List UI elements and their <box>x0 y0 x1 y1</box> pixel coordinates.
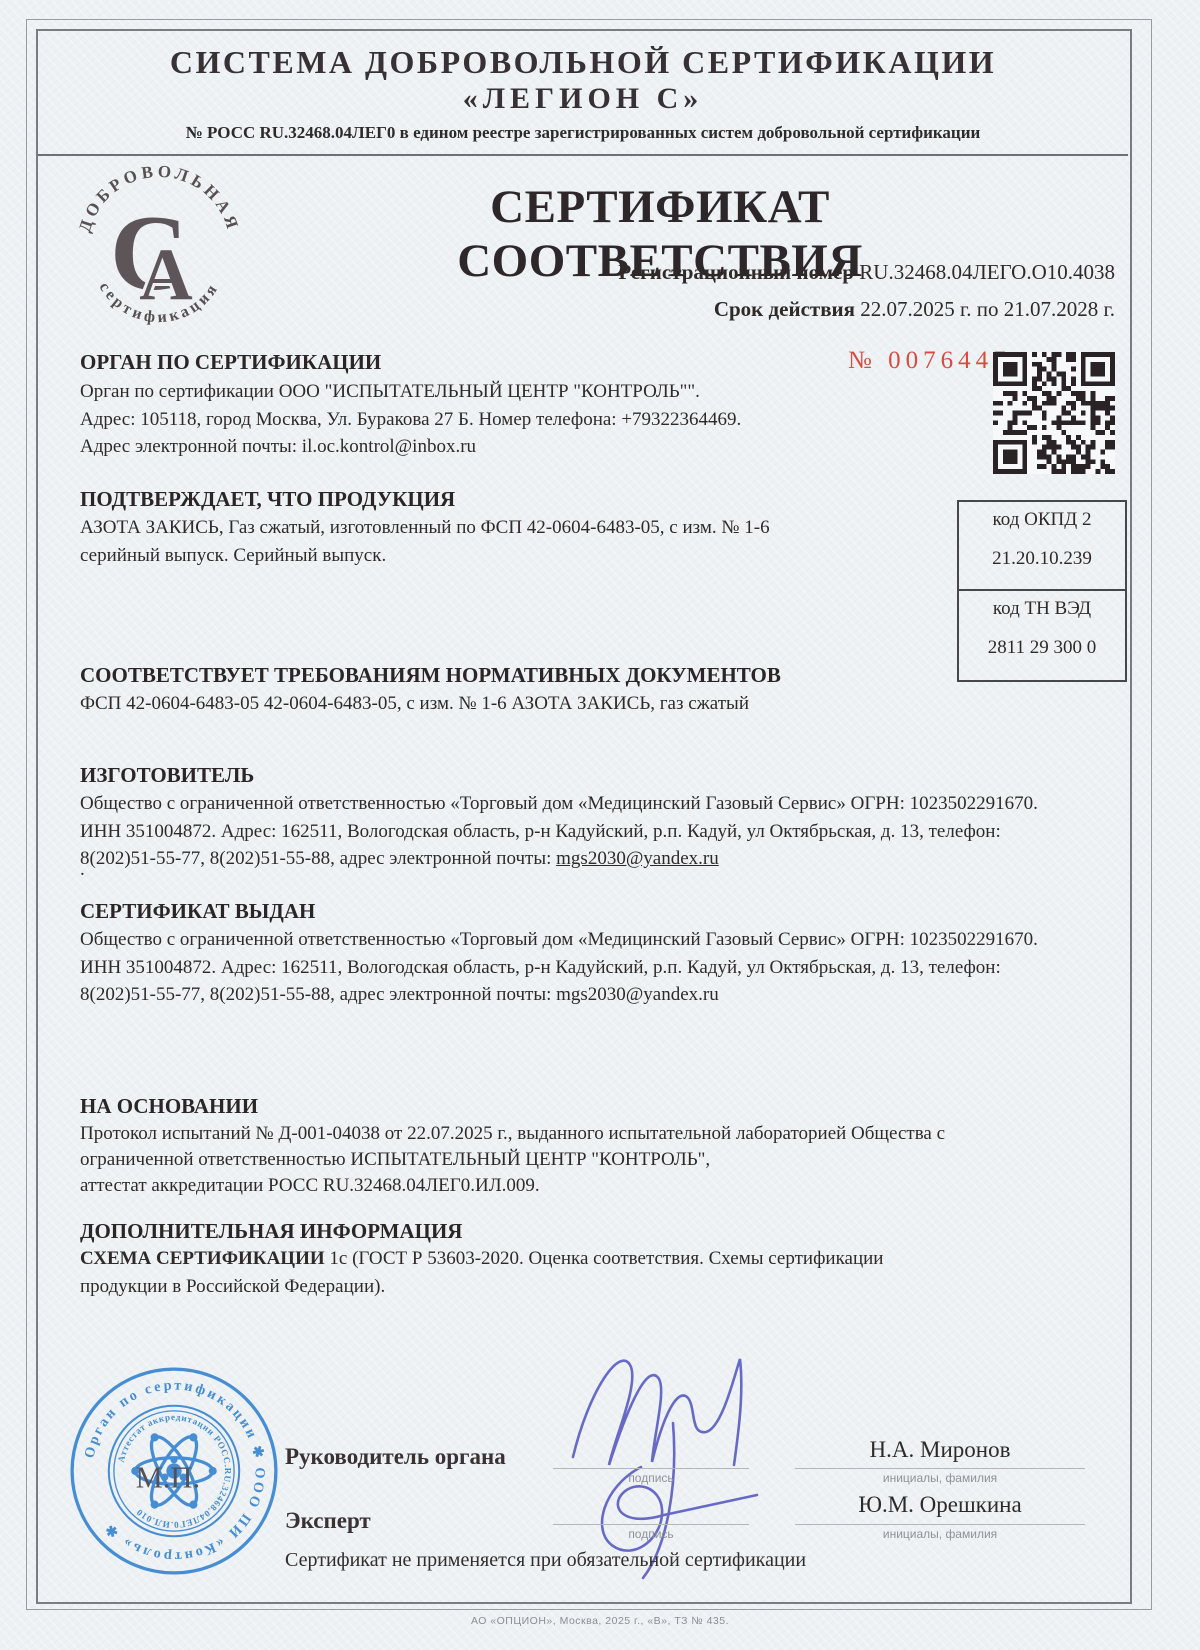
basis-section-heading: НА ОСНОВАНИИ <box>80 1094 258 1119</box>
name-line-1 <box>795 1468 1085 1469</box>
okpd-label: код ОКПД 2 <box>959 502 1125 531</box>
manufacturer-section-body: Общество с ограниченной ответственностью… <box>80 790 1080 873</box>
blank-number: № 0076447 <box>848 347 1011 375</box>
voluntary-certification-logo: С А ДОБРОВОЛЬНАЯ сертификация <box>60 156 258 343</box>
issued-section-heading: СЕРТИФИКАТ ВЫДАН <box>80 899 315 924</box>
codes-box: код ОКПД 2 21.20.10.239 код ТН ВЭД 2811 … <box>957 500 1127 682</box>
signer-name-2: Ю.М. Орешкина <box>795 1492 1085 1518</box>
additional-line: продукции в Российской Федерации). <box>80 1273 980 1301</box>
registration-number-label: Регистрационный номер <box>618 260 854 284</box>
issued-section-body: Общество с ограниченной ответственностью… <box>80 926 1080 1009</box>
signature-label-1: подпись <box>553 1471 749 1485</box>
name-line-2 <box>795 1524 1085 1525</box>
manufacturer-line3-prefix: 8(202)51-55-77, 8(202)51-55-88, адрес эл… <box>80 848 556 869</box>
round-stamp-icon: Орган по сертификации ✱ ООО ПИ «Контроль… <box>66 1363 282 1579</box>
product-line: АЗОТА ЗАКИСЬ, Газ сжатый, изготовленный … <box>80 514 890 542</box>
manufacturer-line: ИНН 351004872. Адрес: 162511, Вологодска… <box>80 818 1080 846</box>
org-line: Адрес электронной почты: il.oc.kontrol@i… <box>80 433 850 461</box>
name-label-1: инициалы, фамилия <box>795 1471 1085 1485</box>
scheme-label: СХЕМА СЕРТИФИКАЦИИ <box>80 1248 325 1269</box>
additional-section-heading: ДОПОЛНИТЕЛЬНАЯ ИНФОРМАЦИЯ <box>80 1219 462 1244</box>
additional-section-body: СХЕМА СЕРТИФИКАЦИИ 1с (ГОСТ Р 53603-2020… <box>80 1245 980 1300</box>
system-name-line2: «ЛЕГИОН С» <box>38 82 1128 116</box>
validity-line: Срок действия 22.07.2025 г. по 21.07.202… <box>495 297 1115 322</box>
manufacturer-email: mgs2030@yandex.ru <box>556 848 719 869</box>
signature-line-2 <box>553 1524 749 1525</box>
okpd-value: 21.20.10.239 <box>959 531 1125 570</box>
stamp-mp-label: М.П. <box>136 1460 200 1494</box>
system-registry-line: № РОСС RU.32468.04ЛЕГ0 в едином реестре … <box>38 123 1128 143</box>
basis-line: аттестат аккредитации РОСС RU.32468.04ЛЕ… <box>80 1173 1080 1199</box>
org-line: Орган по сертификации ООО "ИСПЫТАТЕЛЬНЫЙ… <box>80 378 850 406</box>
tnved-value: 2811 29 300 0 <box>959 620 1125 659</box>
manufacturer-line: Общество с ограниченной ответственностью… <box>80 790 1080 818</box>
tnved-cell: код ТН ВЭД 2811 29 300 0 <box>959 591 1125 659</box>
system-name-line1: СИСТЕМА ДОБРОВОЛЬНОЙ СЕРТИФИКАЦИИ <box>38 44 1128 81</box>
signer-name-1: Н.А. Миронов <box>795 1437 1085 1463</box>
scheme-rest: 1с (ГОСТ Р 53603-2020. Оценка соответств… <box>325 1248 884 1269</box>
manufacturer-section-heading: ИЗГОТОВИТЕЛЬ <box>80 763 254 788</box>
signature-line-1 <box>553 1468 749 1469</box>
product-section-body: АЗОТА ЗАКИСЬ, Газ сжатый, изготовленный … <box>80 514 890 569</box>
certificate-page: СИСТЕМА ДОБРОВОЛЬНОЙ СЕРТИФИКАЦИИ «ЛЕГИО… <box>0 0 1200 1650</box>
qr-code <box>993 352 1115 474</box>
manufacturer-dot: . <box>80 856 85 884</box>
product-section-heading: ПОДТВЕРЖДАЕТ, ЧТО ПРОДУКЦИЯ <box>80 487 455 512</box>
org-line: Адрес: 105118, город Москва, Ул. Бураков… <box>80 406 850 434</box>
registration-number-value: RU.32468.04ЛЕГО.О10.4038 <box>859 260 1115 284</box>
ca-monogram-icon: С А ДОБРОВОЛЬНАЯ сертификация <box>60 156 258 338</box>
certificate-note: Сертификат не применяется при обязательн… <box>285 1549 806 1572</box>
role-head-of-body: Руководитель органа <box>285 1444 506 1470</box>
basis-section-body: Протокол испытаний № Д-001-04038 от 22.0… <box>80 1121 1080 1199</box>
conformity-section-heading: СООТВЕТСТВУЕТ ТРЕБОВАНИЯМ НОРМАТИВНЫХ ДО… <box>80 663 781 688</box>
certification-system-header: СИСТЕМА ДОБРОВОЛЬНОЙ СЕРТИФИКАЦИИ «ЛЕГИО… <box>38 31 1128 156</box>
issued-line: Общество с ограниченной ответственностью… <box>80 926 1080 954</box>
additional-line: СХЕМА СЕРТИФИКАЦИИ 1с (ГОСТ Р 53603-2020… <box>80 1245 980 1273</box>
basis-line: ограниченной ответственностью ИСПЫТАТЕЛЬ… <box>80 1147 1080 1173</box>
registration-number-line: Регистрационный номер RU.32468.04ЛЕГО.О1… <box>495 260 1115 285</box>
org-section-heading: ОРГАН ПО СЕРТИФИКАЦИИ <box>80 350 381 375</box>
print-house-footer: АО «ОПЦИОН», Москва, 2025 г., «В», ТЗ № … <box>0 1615 1200 1627</box>
conformity-line: ФСП 42-0604-6483-05 42-0604-6483-05, с и… <box>80 690 890 718</box>
okpd-cell: код ОКПД 2 21.20.10.239 <box>959 502 1125 591</box>
product-line: серийный выпуск. Серийный выпуск. <box>80 542 890 570</box>
validity-label: Срок действия <box>714 297 855 321</box>
signature-label-2: подпись <box>553 1527 749 1541</box>
basis-line: Протокол испытаний № Д-001-04038 от 22.0… <box>80 1121 1080 1147</box>
certification-body-stamp: Орган по сертификации ✱ ООО ПИ «Контроль… <box>66 1363 282 1584</box>
validity-value: 22.07.2025 г. по 21.07.2028 г. <box>860 297 1115 321</box>
name-label-2: инициалы, фамилия <box>795 1527 1085 1541</box>
org-section-body: Орган по сертификации ООО "ИСПЫТАТЕЛЬНЫЙ… <box>80 378 850 461</box>
issued-line: ИНН 351004872. Адрес: 162511, Вологодска… <box>80 954 1080 982</box>
issued-line: 8(202)51-55-77, 8(202)51-55-88, адрес эл… <box>80 981 1080 1009</box>
manufacturer-line: 8(202)51-55-77, 8(202)51-55-88, адрес эл… <box>80 845 1080 873</box>
tnved-label: код ТН ВЭД <box>959 591 1125 620</box>
role-expert: Эксперт <box>285 1508 371 1534</box>
